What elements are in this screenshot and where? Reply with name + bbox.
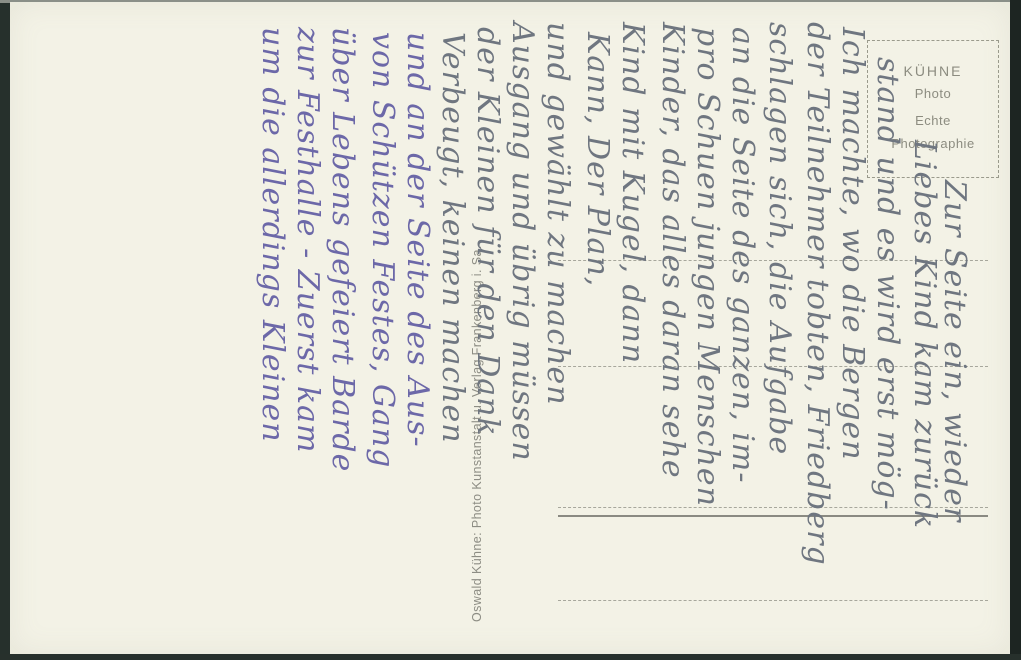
handwriting-line-4: Ich machte, wo die Bergen xyxy=(835,27,870,461)
handwriting-line-19: zur Festhalle - Zuerst kam xyxy=(290,27,325,454)
handwriting-line-2: Liebes Kind kam zurück xyxy=(907,140,942,529)
handwriting-line-9: Kinder, das alles daran sehe xyxy=(655,22,690,479)
handwriting-line-1: Zur Seite ein, wieder xyxy=(937,180,972,522)
handwriting-line-14: der Kleinen für den Dank xyxy=(470,27,505,437)
scan-border-left xyxy=(0,0,10,660)
handwriting-line-3: stand und es wird erst mög- xyxy=(870,57,905,511)
handwriting-line-16: und an der Seite des Aus- xyxy=(400,32,435,448)
handwriting-line-20: um die allerdings Kleinen xyxy=(255,27,290,443)
handwriting-line-6: schlagen sich, die Aufgabe xyxy=(762,22,797,455)
handwriting-line-5: der Teilnehmer tobten, Friedberg xyxy=(800,22,835,566)
handwriting-line-12: und gewählt zu machen xyxy=(540,22,575,406)
handwriting-line-13: Ausgang und übrig müssen xyxy=(505,22,540,462)
scan-border-bottom xyxy=(0,654,1021,660)
postcard-back: KÜHNE Photo Echte Photographie Oswald Kü… xyxy=(10,2,1010,654)
handwriting-line-8: pro Schuen jungen Menschen xyxy=(690,27,725,507)
address-line-4 xyxy=(558,600,988,601)
handwriting-line-10: Kind mit Kugel, dann xyxy=(615,22,650,364)
handwriting-line-18: über Lebens gefeiert Barde xyxy=(325,27,360,472)
handwriting-line-11: Kann, Der Plan, xyxy=(580,32,615,287)
handwriting-line-17: von Schützen Festes, Gang xyxy=(365,32,400,468)
handwriting-line-7: an die Seite des ganzen, im- xyxy=(725,27,760,484)
scan-border-right xyxy=(1010,0,1021,660)
handwriting-line-15: Verbeugt, keinen machen xyxy=(435,32,470,444)
